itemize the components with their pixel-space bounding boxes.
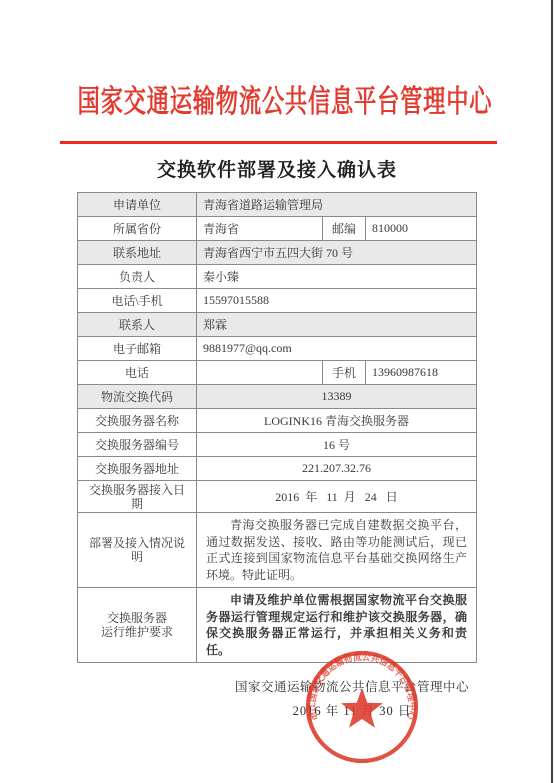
table-row: 物流交换代码13389: [78, 385, 477, 409]
field-value: 9881977@qq.com: [197, 337, 477, 361]
table-row: 电子邮箱9881977@qq.com: [78, 337, 477, 361]
field-value: 青海省道路运输管理局: [197, 193, 477, 217]
footer-date: 2016 年 11 月 30 日: [150, 701, 554, 719]
table-row: 负责人秦小臻: [78, 265, 477, 289]
field-label: 部署及接入情况说明: [78, 513, 197, 588]
field-label: 电子邮箱: [78, 337, 197, 361]
field-label: 联系地址: [78, 241, 197, 265]
field-value: 221.207.32.76: [197, 457, 477, 481]
table-row: 联系人郑霖: [78, 313, 477, 337]
table-row: 申请单位青海省道路运输管理局: [78, 193, 477, 217]
table-row: 部署及接入情况说明青海交换服务器已完成自建数据交换平台，通过数据发送、接收、路由…: [78, 513, 477, 588]
table-row: 电话\手机15597015588: [78, 289, 477, 313]
field-value: 15597015588: [197, 289, 477, 313]
page-edge-line: [551, 0, 553, 783]
field-value: [197, 361, 323, 385]
field-value: 青海省: [197, 217, 323, 241]
document-page: 国家交通运输物流公共信息平台管理中心 交换软件部署及接入确认表 申请单位青海省道…: [0, 0, 554, 783]
table-row: 交换服务器名称LOGINK16 青海交换服务器: [78, 409, 477, 433]
footer: 国家交通运输物流公共信息平台管理中心 2016 年 11 月 30 日: [150, 677, 554, 719]
field-sublabel: 手机: [323, 361, 366, 385]
table-row: 所属省份青海省邮编810000: [78, 217, 477, 241]
table-row: 交换服务器接入日期2016 年 11 月 24 日: [78, 481, 477, 513]
field-value: 13389: [197, 385, 477, 409]
field-value: 申请及维护单位需根据国家物流平台交换服务器运行管理规定运行和维护该交换服务器，确…: [197, 588, 477, 663]
field-value: 16 号: [197, 433, 477, 457]
field-label: 负责人: [78, 265, 197, 289]
footer-org-name: 国家交通运输物流公共信息平台管理中心: [150, 677, 554, 695]
table-row: 交换服务器地址221.207.32.76: [78, 457, 477, 481]
field-label: 交换服务器地址: [78, 457, 197, 481]
table-row: 联系地址青海省西宁市五四大街 70 号: [78, 241, 477, 265]
form-title: 交换软件部署及接入确认表: [0, 155, 554, 182]
field-label: 申请单位: [78, 193, 197, 217]
field-label: 交换服务器名称: [78, 409, 197, 433]
field-value: LOGINK16 青海交换服务器: [197, 409, 477, 433]
confirmation-table: 申请单位青海省道路运输管理局所属省份青海省邮编810000联系地址青海省西宁市五…: [77, 192, 477, 663]
field-subvalue: 13960987618: [366, 361, 477, 385]
field-label: 联系人: [78, 313, 197, 337]
field-label: 电话: [78, 361, 197, 385]
field-value: 2016 年 11 月 24 日: [197, 481, 477, 513]
field-label: 交换服务器编号: [78, 433, 197, 457]
table-row: 交换服务器编号16 号: [78, 433, 477, 457]
table-row: 电话手机13960987618: [78, 361, 477, 385]
field-sublabel: 邮编: [323, 217, 366, 241]
org-banner-title: 国家交通运输物流公共信息平台管理中心: [78, 76, 477, 121]
field-label: 电话\手机: [78, 289, 197, 313]
field-label: 所属省份: [78, 217, 197, 241]
field-subvalue: 810000: [366, 217, 477, 241]
field-label: 物流交换代码: [78, 385, 197, 409]
field-value: 青海省西宁市五四大街 70 号: [197, 241, 477, 265]
field-label: 交换服务器接入日期: [78, 481, 197, 513]
field-value: 郑霖: [197, 313, 477, 337]
red-divider-line: [60, 141, 497, 144]
field-label: 交换服务器 运行维护要求: [78, 588, 197, 663]
table-row: 交换服务器 运行维护要求申请及维护单位需根据国家物流平台交换服务器运行管理规定运…: [78, 588, 477, 663]
field-value: 青海交换服务器已完成自建数据交换平台，通过数据发送、接收、路由等功能测试后，现已…: [197, 513, 477, 588]
field-value: 秦小臻: [197, 265, 477, 289]
